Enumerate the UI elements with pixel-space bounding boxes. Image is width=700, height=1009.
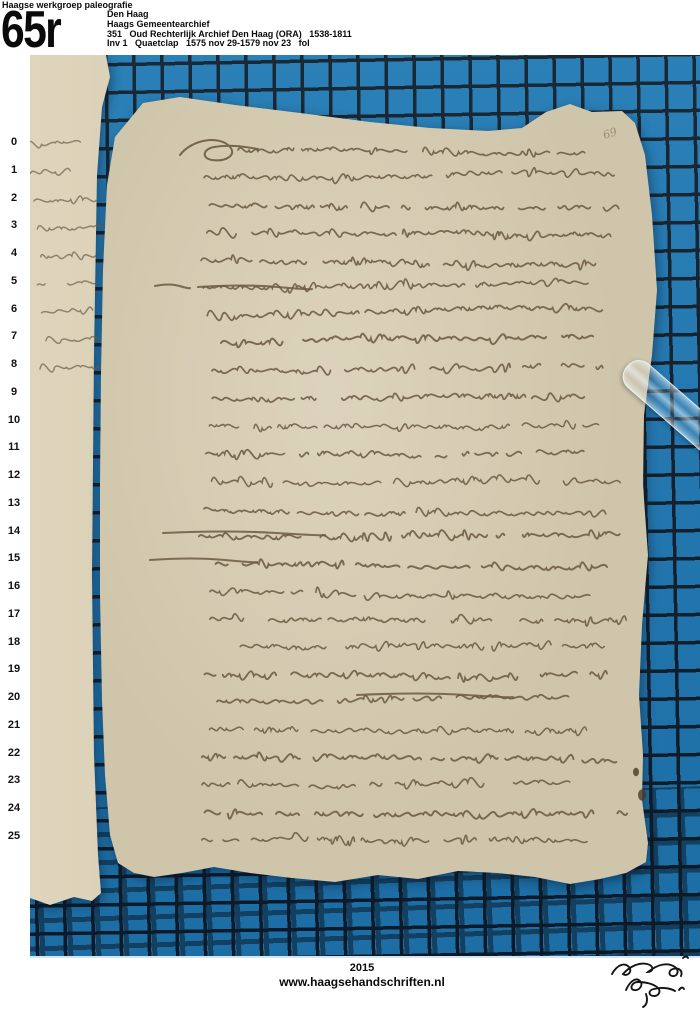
ruler-number: 16 — [0, 580, 28, 592]
archivist-signature — [600, 944, 700, 1008]
ruler-number: 5 — [0, 275, 28, 287]
ruler-number: 9 — [0, 386, 28, 398]
ruler-number: 13 — [0, 497, 28, 509]
ruler-number: 14 — [0, 525, 28, 537]
ruler-number: 22 — [0, 747, 28, 759]
ruler-number: 11 — [0, 441, 28, 453]
footer-year: 2015 — [24, 962, 700, 975]
archive-scan-sheet: Haagse werkgroep paleografie 65r Den Haa… — [0, 0, 700, 1009]
manuscript-page — [30, 55, 700, 956]
ruler-number: 20 — [0, 691, 28, 703]
footer: 2015 www.haagsehandschriften.nl — [24, 962, 700, 989]
main-page-wrap — [30, 55, 700, 956]
archive-metadata: Den Haag Haags Gemeentearchief 351 Oud R… — [107, 10, 352, 49]
ruler-number: 3 — [0, 219, 28, 231]
ruler-number: 10 — [0, 414, 28, 426]
meta-inventory: Inv 1 Quaetclap 1575 nov 29-1579 nov 23 … — [107, 39, 352, 49]
ruler-number: 19 — [0, 663, 28, 675]
ruler-number: 7 — [0, 330, 28, 342]
ruler-number: 0 — [0, 136, 28, 148]
footer-url: www.haagsehandschriften.nl — [24, 975, 700, 989]
ruler-number: 12 — [0, 469, 28, 481]
photo-area: 69 — [30, 55, 700, 958]
ruler-number: 4 — [0, 247, 28, 259]
folio-number: 65r — [1, 4, 60, 56]
ruler-number: 21 — [0, 719, 28, 731]
ruler-number: 24 — [0, 802, 28, 814]
ruler-number: 25 — [0, 830, 28, 842]
ruler-number: 2 — [0, 192, 28, 204]
ruler-number: 15 — [0, 552, 28, 564]
ruler-number: 1 — [0, 164, 28, 176]
ruler-number: 17 — [0, 608, 28, 620]
ruler-number: 23 — [0, 774, 28, 786]
ruler-number: 8 — [0, 358, 28, 370]
ruler-number: 18 — [0, 636, 28, 648]
ruler-number: 6 — [0, 303, 28, 315]
